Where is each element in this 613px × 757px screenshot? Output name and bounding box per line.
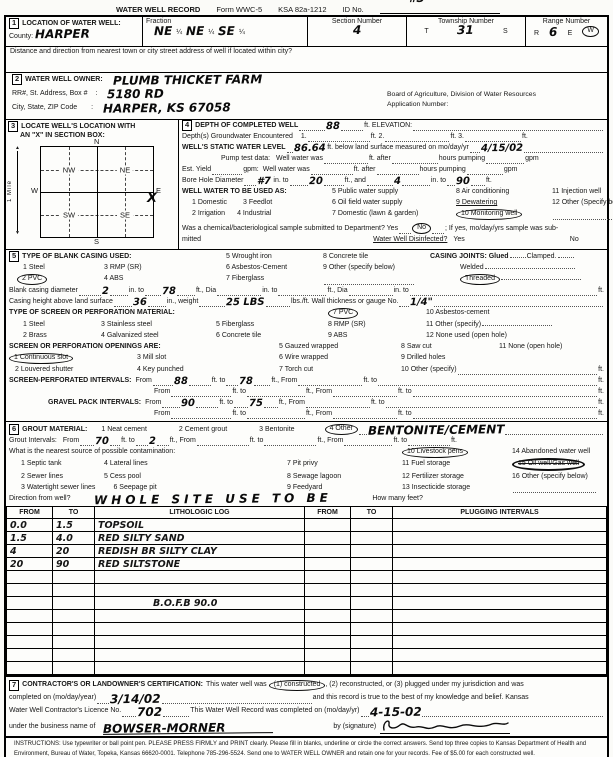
cell-plug [393,597,607,610]
gw-2-label: ft. 2. [371,131,385,142]
cell-plug [393,519,607,532]
table-row [7,610,607,623]
sample-tail-2: mitted [182,234,201,245]
table-row [7,571,607,584]
wall-thickness-label: lbs./ft. Wall thickness or gauge No. [291,296,399,307]
in-to-label: in. to [273,175,288,186]
colon: : [95,88,97,99]
groundwater-label: Depth(s) Groundwater Encountered [182,131,293,142]
cell-pto [351,532,393,545]
grout-option-4-circled: 4 Other [325,424,358,435]
use-option-5: 5 Public water supply [332,186,456,197]
licence-label: Water Well Contractor's Licence No. [9,704,121,717]
id-label: ID No. [343,5,364,14]
table-row: B.O.F.B 90.0 [7,597,607,610]
casing-option-8: 8 Concrete tile [323,251,430,262]
use-option-9-underlined: 9 Dewatering [456,197,552,208]
cell-plug [393,662,607,675]
contam-option-7: 7 Pit privy [287,458,402,471]
use-option-6: 6 Oil field water supply [332,197,456,208]
cell-log: RED SILTY SAND [95,532,305,545]
cell-plug [393,584,607,597]
bore-diameter-1-value: #7 [257,177,271,186]
ft-from-label: ft., From [271,375,297,386]
lithologic-table-body: 0.01.5TOPSOIL1.54.0RED SILTY SAND420REDI… [7,519,607,675]
table-row [7,636,607,649]
screen-option-1: 1 Steel [9,319,101,330]
grout-other-value: BENTONITE/CEMENT [368,425,505,435]
range-label: Range Number [529,18,604,25]
use-option-10-circled: 10 Monitoring well [456,209,522,220]
section-5-title: TYPE OF BLANK CASING USED: [22,253,131,260]
cell-log [95,610,305,623]
one-mile-label: 1 Mile [7,180,13,202]
ft-label: ft. [522,131,528,142]
ft-label: ft. [598,285,604,296]
contamination-options: What is the nearest source of possible c… [6,446,607,493]
static-water-level-value: 86.64 [294,144,326,153]
cell-pfrom [305,636,351,649]
cell-pfrom [305,545,351,558]
section-1-number: 1 [9,18,19,29]
screen-option-2: 2 Brass [9,330,101,341]
screen-option-11: 11 Other (specify) [426,319,604,330]
grout-option-3: 3 Bentonite [259,424,294,435]
screen-option-10: 10 Asbestos-cement [426,307,604,319]
ft-label: ft. [598,386,604,397]
cell-to: 1.5 [53,519,95,532]
from-label: From [154,386,170,397]
section-2-title: WATER WELL OWNER: [25,74,103,85]
fraction-cell: Fraction NE¼ NE¼ SE¼ [142,17,307,46]
cell-pfrom [305,649,351,662]
cell-pto [351,610,393,623]
contam-option-8: 8 Sewage lagoon [287,471,402,482]
section-2-number: 2 [12,74,22,85]
cell-to: 20 [53,545,95,558]
cell-to [53,571,95,584]
township-value: 31 [457,26,474,35]
cell-to [53,636,95,649]
completed-on-label: completed on (mo/day/year) [9,691,96,704]
constructed-circled: (1) constructed [269,680,326,691]
application-number-label: Application Number: [387,100,607,110]
cell-plug [393,558,607,571]
cell-plug [393,649,607,662]
joints-welded: Welded [430,262,604,273]
form-title: WATER WELL RECORD [116,5,200,14]
range-value: 6 [549,28,557,37]
well-water-was-label: Well water was [263,164,310,175]
signature [380,717,510,734]
static-water-level-label: WELL'S STATIC WATER LEVEL [182,142,286,153]
from-header: FROM [305,507,351,519]
openings-option-4: 4 Key punched [137,364,279,375]
grout-option-1: 1 Neat cement [101,424,147,435]
sample-tail: ; If yes, mo/day/yrs sample was sub- [445,223,558,234]
contam-option-2: 2 Sewer lines [9,471,104,482]
quarter-label: ¼ [208,29,214,36]
use-option-2: 2 Irrigation4 Industrial [182,208,332,220]
contam-option-13: 13 Insecticide storage [402,482,512,493]
nw-quadrant-label: NW [60,165,79,174]
section-4-depth: 4DEPTH OF COMPLETED WELL88ft. ELEVATION:… [179,120,607,249]
cell-log [95,662,305,675]
swl-mid-label: ft. below land surface measured on mo/da… [327,142,469,153]
section-box: NW NE SW SE X [40,146,154,238]
ft-to-label: ft. to [232,386,246,397]
bore-depth-2-value: 90 [456,177,470,186]
contam-option-5: 5 Cess pool [104,471,287,482]
cell-from [7,649,53,662]
screen-option-5: 5 Fiberglass [216,319,328,330]
contam-option-16: 16 Other (specify below) [512,471,604,482]
screen-option-7-circled: 7 PVC [328,308,358,319]
ft-label: ft. [598,408,604,419]
cell-plug [393,623,607,636]
sample-question: Was a chemical/bacteriological sample su… [182,223,398,234]
grout-intervals-label: Grout Intervals: [9,435,57,446]
cell-to [53,584,95,597]
table-header-row: FROM TO LITHOLOGIC LOG FROM TO PLUGGING … [7,507,607,519]
casing-option-2-circled: 2 PVC [17,274,47,285]
signature-label: by (signature) [333,719,376,734]
use-option-4: 4 Industrial [237,210,271,217]
cell-pto [351,623,393,636]
gpi-from-value: 90 [181,399,195,408]
from-header: FROM [7,507,53,519]
hours-pumping-label: hours pumping [420,164,466,175]
se-quadrant-label: SE [117,210,133,219]
gw-1-label: 1. [301,131,307,142]
casing-option-6: 6 Asbestos-Cement [226,262,323,273]
contam-option-1: 1 Septic tank [9,458,104,471]
section-4-number: 4 [182,120,192,131]
casing-option-5: 5 Wrought iron [226,251,323,262]
business-name-label: under the business name of [9,719,95,734]
range-cell: Range Number R 6 E W [525,17,607,46]
to-header: TO [351,507,393,519]
fraction-3-value: SE [218,27,235,36]
cell-from [7,636,53,649]
ft-to-label: ft. to [212,375,226,386]
instructions-footer: INSTRUCTIONS: Use typewriter or ball poi… [6,736,607,757]
openings-options: SCREEN OR PERFORATION OPENINGS ARE: 5 Ga… [6,341,607,375]
depth-label: DEPTH OF COMPLETED WELL [195,120,298,131]
gpm-label: gpm [525,153,539,164]
gravel-pack-intervals-label: GRAVEL PACK INTERVALS: [48,397,141,408]
county-cell: 1LOCATION OF WATER WELL: County: HARPER [6,17,142,46]
section-6-grout: 6GROUT MATERIAL:1 Neat cement2 Cement gr… [6,421,607,506]
openings-option-3: 3 Mill slot [137,352,279,364]
section-5-casing: 5TYPE OF BLANK CASING USED: 5 Wrought ir… [6,249,607,421]
lithologic-log-table: FROM TO LITHOLOGIC LOG FROM TO PLUGGING … [6,506,607,675]
cell-pto [351,545,393,558]
elevation-label: ft. ELEVATION: [364,120,412,131]
contam-option-6: 6 Seepage pit [113,484,156,491]
casing-weight-value: 25 LBS [226,298,265,307]
use-option-12: 12 Other (Specify below) [552,197,613,208]
contam-option-14: 14 Abandoned water well [512,446,604,458]
section-3-4-row: 3LOCATE WELL'S LOCATION WITH AN "X" IN S… [6,119,607,249]
screen-option-8: 8 RMP (SR) [328,319,426,330]
cell-from [7,571,53,584]
cell-log [95,584,305,597]
contam-option-10-circled: 10 Livestock pens [402,447,468,458]
id-field: #5 [380,2,500,14]
record-date-value: 4-15-02 [369,708,421,718]
section-2-owner: 2WATER WELL OWNER:PLUMB THICKET FARM RR#… [6,72,607,119]
section-5-number: 5 [9,251,19,262]
screen-option-3: 3 Stainless steel [101,319,216,330]
spi-from-value: 88 [174,377,188,386]
fraction-2-value: NE [186,27,204,36]
range-east-label: E [568,30,573,37]
in-to-label: in. to [129,285,144,296]
section-7-title: CONTRACTOR'S OR LANDOWNER'S CERTIFICATIO… [22,679,203,691]
depth-value: 88 [326,122,340,131]
openings-option-5: 5 Gauzed wrapped [279,341,401,352]
grout-option-2: 2 Cement grout [179,424,227,435]
cell-from: 1.5 [7,532,53,545]
township-t-label: T [424,28,428,35]
use-option-1: 1 Domestic3 Feedlot [182,197,332,208]
direction-from-well-label: Direction from well? [9,493,70,504]
cell-from [7,623,53,636]
est-yield-label: Est. Yield [182,164,211,175]
cell-pfrom [305,558,351,571]
lithologic-log-header: LITHOLOGIC LOG [95,507,305,519]
cell-pfrom [305,571,351,584]
joints-threaded: Threaded [430,273,604,285]
cell-pfrom [305,532,351,545]
casing-options: 5TYPE OF BLANK CASING USED: 5 Wrought ir… [6,250,607,285]
casing-option-4: 4 ABS [104,273,226,285]
cell-log [95,636,305,649]
well-use-label: WELL WATER TO BE USED AS: [182,186,332,197]
grout-from-value: 70 [95,437,109,446]
well-water-was-label: Well water was [276,153,323,164]
distance-question: Distance and direction from nearest town… [6,46,607,72]
grout-to-value: 2 [149,437,156,446]
contam-option-15-circled: 15 Oil well/Gas well [512,458,585,471]
casing-option-3: 3 RMP (SR) [104,262,226,273]
cell-from [7,597,53,610]
gpm-colon-label: gpm: [243,164,259,175]
north-label: N [94,137,99,146]
casing-depth-value: 78 [162,287,176,296]
cell-log: REDISH BR SILTY CLAY [95,545,305,558]
section-3-number: 3 [8,121,18,132]
west-label: W [31,186,38,195]
section-6-title: GROUT MATERIAL: [22,424,87,435]
cell-plug [393,545,607,558]
ne-quadrant-label: NE [117,165,133,174]
business-name-value: BOWSER-MORNER [103,723,273,735]
openings-option-7: 7 Torch cut [279,364,401,375]
ft-after-label: ft. after [354,164,376,175]
ft-and-label: ft., and [345,175,366,186]
to-header: TO [53,507,95,519]
from-label: From [136,375,152,386]
bore-diameter-2-value: 4 [394,177,401,186]
ft-to-label: ft. to [363,375,377,386]
casing-option-9: 9 Other (specify below) [323,262,430,273]
contam-option-12: 12 Fertilizer storage [402,471,512,482]
gpm-label: gpm [504,164,518,175]
well-use-options: WELL WATER TO BE USED AS: 5 Public water… [179,186,607,220]
ft-from-label: ft., From [170,435,196,446]
openings-title: SCREEN OR PERFORATION OPENINGS ARE: [9,341,279,352]
openings-option-8: 8 Saw cut [401,341,499,352]
cell-to: 4.0 [53,532,95,545]
owner-value: PLUMB THICKET FARM [113,75,262,86]
form-body: 1LOCATION OF WATER WELL: County: HARPER … [4,15,609,757]
section-3-title-1: LOCATE WELL'S LOCATION WITH [21,123,135,130]
cell-log [95,649,305,662]
ft-label: ft. [598,375,604,386]
cert-body-3: and this record is true to the best of m… [313,691,529,704]
cell-to [53,662,95,675]
cell-log [95,571,305,584]
address-label: RR#, St. Address, Box # [12,88,87,99]
well-location-x-mark: X [147,194,157,203]
ft-from-label: ft., From [279,397,305,408]
cell-pto [351,558,393,571]
ft-to-label: ft. to [398,386,412,397]
cell-from [7,662,53,675]
how-many-feet-label: How many feet? [372,493,423,504]
screen-material-options: TYPE OF SCREEN OR PERFORATION MATERIAL: … [6,307,607,341]
cell-to: 90 [53,558,95,571]
cell-pto [351,519,393,532]
statute-number: KSA 82a-1212 [278,5,326,14]
cell-to [53,649,95,662]
address-value: 5180 RD [107,90,164,100]
ft-dia-label: ft., Dia [327,285,347,296]
openings-option-11: 11 None (open hole) [499,341,604,352]
ft-to-label: ft. to [219,397,233,408]
cell-to [53,610,95,623]
plugging-intervals-header: PLUGGING INTERVALS [393,507,607,519]
casing-option-1: 1 Steel [9,262,104,273]
cell-pfrom [305,662,351,675]
pump-test-label: Pump test data: [221,153,270,164]
casing-height-label: Casing height above land surface [9,296,113,307]
table-row [7,584,607,597]
gauge-value: 1/4" [410,298,433,307]
city-value: HARPER, KS 67058 [103,103,231,113]
openings-option-9: 9 Drilled holes [401,352,499,364]
use-option-7: 7 Domestic (lawn & garden) [332,208,456,220]
table-row [7,623,607,636]
screen-perforated-intervals-label: SCREEN-PERFORATED INTERVALS: [9,375,132,386]
in-to-label: in. to [431,175,446,186]
ft-from-label: ft., From [306,386,332,397]
contam-option-4: 4 Lateral lines [104,458,287,471]
cell-pto [351,584,393,597]
direction-value: WHOLE SITE USE TO BE [94,494,332,505]
cell-from [7,610,53,623]
joints-threaded-circled: Threaded [460,274,500,285]
section-number-value: 4 [353,26,361,35]
from-label: From [145,397,161,408]
table-row: 1.54.0RED SILTY SAND [7,532,607,545]
cert-body-2: , (2) reconstructed, or (3) plugged unde… [325,679,523,691]
section-3-location-box: 3LOCATE WELL'S LOCATION WITH AN "X" IN S… [6,120,179,249]
cell-plug [393,610,607,623]
county-label: County: [9,33,33,40]
disinfected-label: Water Well Disinfected? [373,234,447,245]
table-row: 0.01.5TOPSOIL [7,519,607,532]
section-1-location: 1LOCATION OF WATER WELL: County: HARPER … [6,17,607,46]
range-r-label: R [534,30,539,37]
record-completed-label: This Water Well Record was completed on … [190,704,359,717]
cell-pfrom [305,610,351,623]
casing-joints-label: CASING JOINTS: GluedClamped. [430,251,604,262]
joints-clamped-label: Clamped. [527,253,557,260]
bore-depth-1-value: 20 [309,177,323,186]
quarter-label: ¼ [176,29,182,36]
swl-date-value: 4/15/02 [481,144,523,153]
in-to-label: in. to [262,285,277,296]
ft-to-label: ft. to [232,408,246,419]
water-well-record-form: WATER WELL RECORD Form WWC-5 KSA 82a-121… [0,0,613,757]
cell-plug [393,636,607,649]
ft-label: ft. [598,364,604,375]
cell-pto [351,636,393,649]
use-option-3: 3 Feedlot [243,199,272,206]
id-value: #5 [408,0,425,3]
licence-value: 702 [137,708,162,717]
cell-from: 4 [7,545,53,558]
ft-to-label: ft. to [250,435,264,446]
one-mile-scale: ▲▼ [15,146,20,236]
quarter-label: ¼ [239,29,245,36]
table-row: 420REDISH BR SILTY CLAY [7,545,607,558]
screen-option-12: 12 None used (open hole) [426,330,604,341]
cell-pfrom [305,519,351,532]
county-value: HARPER [35,30,90,40]
cell-to [53,623,95,636]
cell-pto [351,649,393,662]
use-option-11: 11 Injection well [552,186,613,197]
cell-pto [351,597,393,610]
south-label: S [94,237,99,246]
cell-pto [351,571,393,584]
ft-from-label: ft., From [317,435,343,446]
cell-log: TOPSOIL [95,519,305,532]
ft-to-label: ft. to [121,435,135,446]
hours-pumping-label: hours pumping [439,153,485,164]
section-3-title-2: AN "X" IN SECTION BOX: [8,132,176,139]
use-option-8: 8 Air conditioning [456,186,552,197]
table-row [7,649,607,662]
gw-3-label: ft. 3. [450,131,464,142]
gpi-to-value: 75 [249,399,263,408]
cell-pto [351,662,393,675]
casing-height-value: 36 [133,298,147,307]
completed-date-value: 3/14/02 [110,695,161,705]
colon: : [91,102,93,113]
openings-option-10: 10 Other (specify)ft. [401,364,604,375]
cell-log: B.O.F.B 90.0 [95,597,305,610]
bore-hole-label: Bore Hole Diameter [182,175,243,186]
contamination-question: What is the nearest source of possible c… [9,446,402,458]
in-to-label: in. to [394,285,409,296]
form-header: WATER WELL RECORD Form WWC-5 KSA 82a-121… [0,0,613,14]
cell-pfrom [305,597,351,610]
